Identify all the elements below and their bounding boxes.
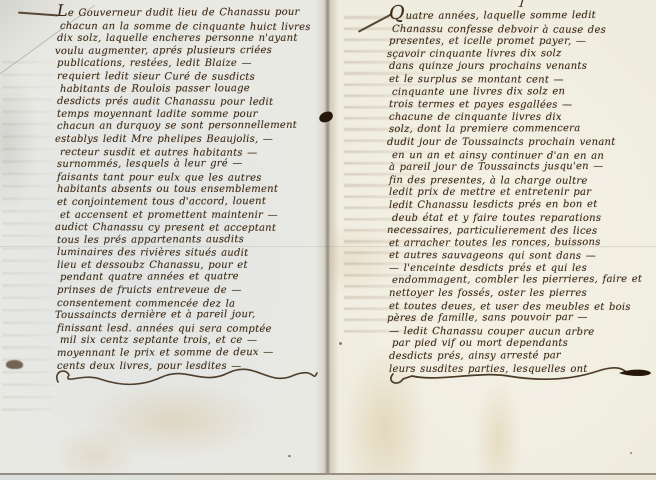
manuscript-line: pères de famille, sans pouvoir par — bbox=[387, 312, 655, 326]
manuscript-line: Le Gouverneur dudit lieu de Chanassu pou… bbox=[57, 4, 325, 21]
manuscript-line: — ledit Chanassu couper aucun arbre bbox=[389, 326, 655, 340]
page-bottom-edge bbox=[0, 473, 656, 480]
manuscript-line: dans quinze jours prochains venants bbox=[389, 61, 655, 74]
manuscript-line: desdicts prés audit Chanassu pour ledit bbox=[57, 96, 325, 110]
manuscript-line: establys ledit Mre phelipes Beaujolis, — bbox=[55, 134, 325, 147]
ink-speck bbox=[288, 455, 291, 457]
manuscript-line: surnommés, lesquels à leur gré — bbox=[57, 158, 325, 172]
manuscript-line: faisants tant pour eulx que les autres bbox=[57, 172, 325, 186]
ink-speck bbox=[630, 452, 632, 454]
manuscript-line: et conjointement tous d'accord, louent bbox=[57, 196, 325, 210]
folio-mark: 1 bbox=[517, 0, 526, 10]
manuscript-line: publications, restées, ledit Blaize — bbox=[57, 58, 325, 71]
text-block-left: Le Gouverneur dudit lieu de Chanassu pou… bbox=[57, 5, 325, 373]
text-block-right: Quatre années, laquelle somme leditChana… bbox=[389, 7, 655, 376]
end-flourish-right bbox=[383, 363, 655, 387]
manuscript-line: Toussaincts dernière et à pareil jour, bbox=[55, 309, 325, 323]
manuscript-scan: Le Gouverneur dudit lieu de Chanassu pou… bbox=[0, 0, 656, 480]
manuscript-line: pendant quatre années et quatre bbox=[60, 271, 325, 285]
manuscript-line: moyennant le prix et somme de deux — bbox=[57, 347, 325, 361]
manuscript-line: tous les prés appartenants ausdits bbox=[57, 233, 325, 247]
manuscript-line: endommagent, combler les pierrieres, fai… bbox=[392, 274, 655, 288]
manuscript-line: sçavoir cinquante livres dix solz bbox=[387, 47, 655, 61]
manuscript-line: et arracher toutes les ronces, buissons bbox=[389, 236, 655, 250]
manuscript-line: Chanassu confesse debvoir à cause des bbox=[392, 24, 655, 38]
manuscript-line: dudit jour de Toussaincts prochain venan… bbox=[387, 137, 655, 150]
manuscript-line: et accensent et promettent maintenir — bbox=[60, 210, 325, 223]
manuscript-line: nettoyer les fossés, oster les pierres bbox=[389, 288, 655, 301]
manuscript-line: solz, dont la premiere commencera bbox=[389, 123, 655, 137]
manuscript-line: chacun an durquoy se sont personnellemen… bbox=[57, 120, 325, 134]
manuscript-line: luminaires des rivières situés audit bbox=[57, 247, 325, 261]
paper-stain-speck bbox=[6, 360, 23, 369]
manuscript-line: deub état et y faire toutes reparations bbox=[392, 213, 655, 226]
ink-speck bbox=[339, 342, 342, 345]
manuscript-line: fin des presentes, à la charge oultre bbox=[389, 175, 655, 189]
manuscript-line: finissant lesd. années qui sera comptée bbox=[57, 323, 325, 337]
manuscript-line: chacun an la somme de cinquante huict li… bbox=[60, 21, 325, 35]
manuscript-line: habitants de Roulois passer louage bbox=[60, 82, 325, 96]
manuscript-line: à pareil jour de Toussaincts jusqu'en — bbox=[389, 161, 655, 175]
end-flourish-left bbox=[50, 364, 322, 392]
manuscript-line: voulu augmenter, aprés plusieurs criées bbox=[55, 44, 325, 58]
manuscript-line: ledit Chanassu lesdicts prés en bon et bbox=[389, 199, 655, 213]
manuscript-line: et autres sauvageons qui sont dans — bbox=[389, 250, 655, 264]
manuscript-line: desdicts prés, ainsy arresté par bbox=[389, 350, 655, 364]
manuscript-line: trois termes et payes esgallées — bbox=[389, 99, 655, 113]
manuscript-line: prinses de fruicts entreveue de — bbox=[57, 285, 325, 298]
manuscript-line: cinquante une livres dix solz en bbox=[392, 85, 655, 99]
